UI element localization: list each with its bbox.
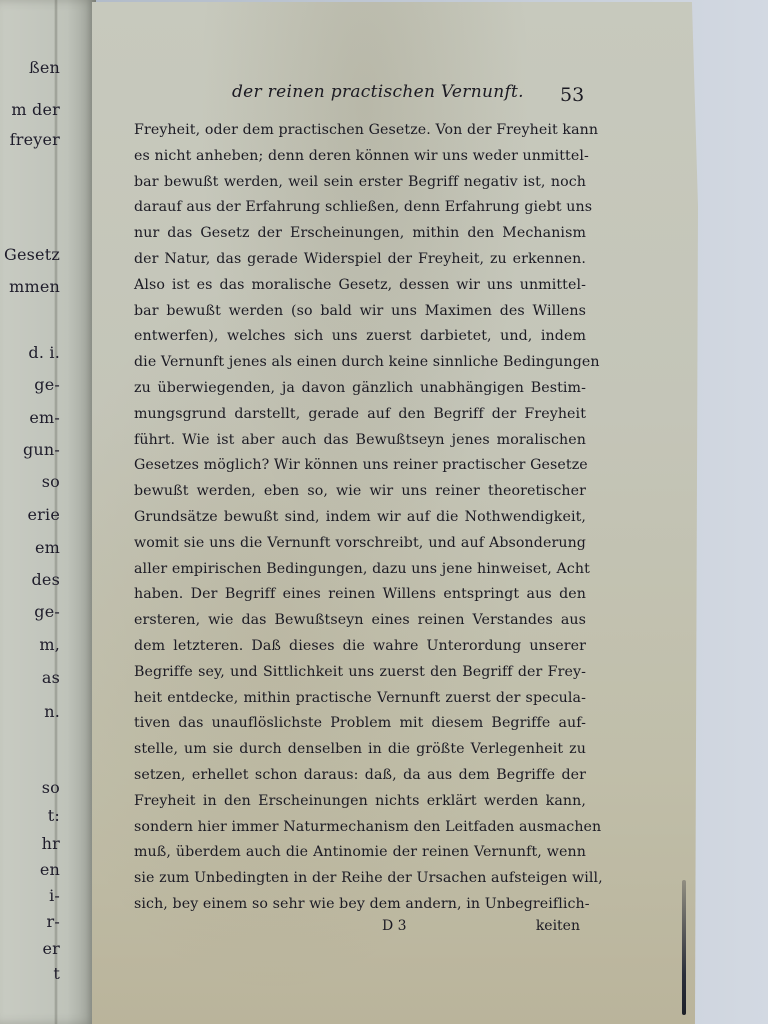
catchword: keiten xyxy=(536,918,580,934)
left-page-fragment: d. i. xyxy=(28,343,60,362)
text-line: heit entdecke, mithin practische Vernunf… xyxy=(134,686,586,712)
text-line: nur das Gesetz der Erscheinungen, mithin… xyxy=(134,221,586,247)
left-page-fragment: as xyxy=(42,668,60,687)
text-line: führt. Wie ist aber auch das Bewußtseyn … xyxy=(134,428,586,454)
left-page-fragment: r- xyxy=(47,912,60,931)
text-line: womit sie uns die Vernunft vorschreibt, … xyxy=(134,531,586,557)
text-line: sondern hier immer Naturmechanism den Le… xyxy=(134,815,586,841)
body-text: Freyheit, oder dem practischen Gesetze. … xyxy=(134,118,586,918)
left-page-fragment: freyer xyxy=(10,130,60,149)
left-page-fragment: mmen xyxy=(9,277,60,296)
left-page-fragment: ge- xyxy=(34,375,60,394)
text-line: bewußt werden, eben so, wie wir uns rein… xyxy=(134,479,586,505)
text-line: tiven das unauflöslichste Problem mit di… xyxy=(134,711,586,737)
left-page-fragment: hr xyxy=(42,834,60,853)
text-line: Freyheit, oder dem practischen Gesetze. … xyxy=(134,118,586,144)
left-page: ßenm derfreyerGesetzmmend. i.ge-em-gun-s… xyxy=(0,0,96,1024)
text-line: die Vernunft jenes als einen durch keine… xyxy=(134,350,586,376)
text-line: Begriffe sey, und Sittlichkeit uns zuers… xyxy=(134,660,586,686)
text-line: Freyheit in den Erscheinungen nichts erk… xyxy=(134,789,586,815)
left-page-fragment: em xyxy=(35,538,60,557)
text-line: sich, bey einem so sehr wie bey dem ande… xyxy=(134,892,586,918)
text-line: darauf aus der Erfahrung schließen, denn… xyxy=(134,195,586,221)
text-line: mungsgrund darstellt, gerade auf den Beg… xyxy=(134,402,586,428)
page-number: 53 xyxy=(560,84,584,106)
left-page-fragment: des xyxy=(31,570,60,589)
left-page-fragment: ge- xyxy=(34,602,60,621)
left-page-fragment: er xyxy=(42,939,60,958)
left-page-text-fragments: ßenm derfreyerGesetzmmend. i.ge-em-gun-s… xyxy=(0,0,60,1024)
left-page-fragment: n. xyxy=(44,702,60,721)
text-line: sie zum Unbedingten in der Reihe der Urs… xyxy=(134,866,586,892)
text-line: aller empirischen Bedingungen, dazu uns … xyxy=(134,557,586,583)
text-line: setzen, erhellet schon daraus: daß, da a… xyxy=(134,763,586,789)
signature-mark: D 3 xyxy=(382,918,407,934)
left-page-fragment: t xyxy=(53,964,60,983)
text-line: bar bewußt werden (so bald wir uns Maxim… xyxy=(134,299,586,325)
running-head-title: der reinen practischen Vernunft. xyxy=(232,82,524,102)
left-page-fragment: gun- xyxy=(23,440,60,459)
left-page-fragment: m, xyxy=(39,635,60,654)
text-line: zu überwiegenden, ja davon gänzlich unab… xyxy=(134,376,586,402)
left-page-fragment: ßen xyxy=(29,58,60,77)
left-page-fragment: en xyxy=(40,860,60,879)
page-footer: D 3 keiten xyxy=(134,918,586,942)
text-line: es nicht anheben; denn deren können wir … xyxy=(134,144,586,170)
left-page-fragment: so xyxy=(42,472,60,491)
left-page-fragment: erie xyxy=(27,505,60,524)
left-page-fragment: so xyxy=(42,778,60,797)
text-line: Also ist es das moralische Gesetz, desse… xyxy=(134,273,586,299)
left-page-fragment: m der xyxy=(11,100,60,119)
text-line: ersteren, wie das Bewußtseyn eines reine… xyxy=(134,608,586,634)
text-line: Gesetzes möglich? Wir können uns reiner … xyxy=(134,453,586,479)
text-line: Grundsätze bewußt sind, indem wir auf di… xyxy=(134,505,586,531)
left-page-fragment: t: xyxy=(48,806,60,825)
text-line: entwerfen), welches sich uns zuerst darb… xyxy=(134,324,586,350)
text-line: haben. Der Begriff eines reinen Willens … xyxy=(134,582,586,608)
running-head: der reinen practischen Vernunft. 53 xyxy=(232,82,592,110)
text-line: der Natur, das gerade Widerspiel der Fre… xyxy=(134,247,586,273)
text-line: dem letzteren. Daß dieses die wahre Unte… xyxy=(134,634,586,660)
text-line: bar bewußt werden, weil sein erster Begr… xyxy=(134,170,586,196)
text-line: muß, überdem auch die Antinomie der rein… xyxy=(134,840,586,866)
left-page-fragment: i- xyxy=(49,886,60,905)
left-page-fragment: Gesetz xyxy=(4,245,60,264)
text-line: stelle, um sie durch denselben in die gr… xyxy=(134,737,586,763)
left-page-fragment: em- xyxy=(29,408,60,427)
page-edge-shadow xyxy=(682,880,686,1015)
